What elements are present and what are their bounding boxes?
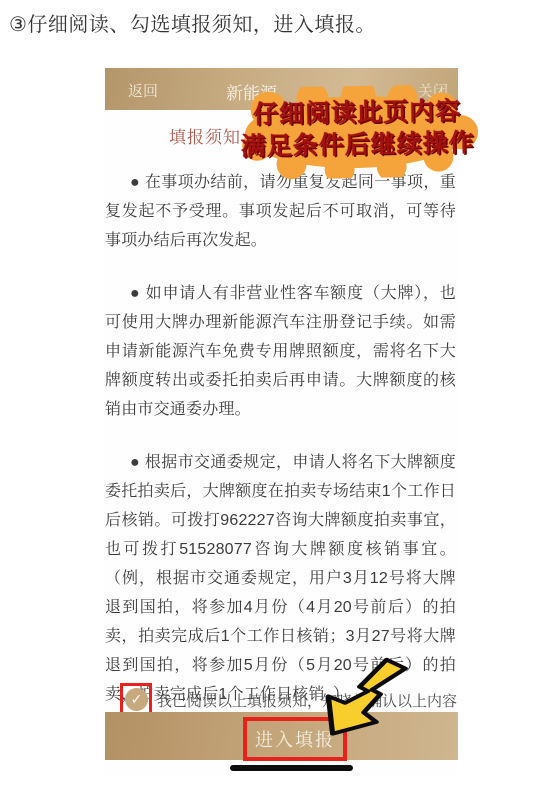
sticker-line-1: 仔细阅读此页内容 — [234, 95, 480, 131]
page-title: 填报须知 — [169, 123, 241, 148]
tutorial-step-image: ③仔细阅读、勾选填报须知，进入填报。 返回 新能源 关闭 填报须知 ● 在事项办… — [0, 0, 550, 791]
agreement-checkbox[interactable]: ✓ — [125, 688, 148, 711]
home-indicator-handle[interactable] — [230, 765, 353, 771]
notice-paragraph: ● 在事项办结前，请勿重复发起同一事项，重复发起不予受理。事项发起后不可取消，可… — [105, 168, 456, 255]
annotation-arrow-icon — [318, 656, 422, 744]
sticker-line-2: 满足条件后继续操作 — [235, 127, 481, 163]
notice-paragraph: ● 如申请人有非营业性客车额度（大牌），也可使用大牌办理新能源汽车注册登记手续。… — [105, 279, 456, 424]
read-carefully-sticker: 仔细阅读此页内容 满足条件后继续操作 — [234, 84, 481, 180]
notice-list: ● 在事项办结前，请勿重复发起同一事项，重复发起不予受理。事项发起后不可取消，可… — [105, 168, 458, 733]
step-caption: ③仔细阅读、勾选填报须知，进入填报。 — [9, 8, 376, 37]
sticker-text: 仔细阅读此页内容 满足条件后继续操作 — [234, 95, 480, 163]
